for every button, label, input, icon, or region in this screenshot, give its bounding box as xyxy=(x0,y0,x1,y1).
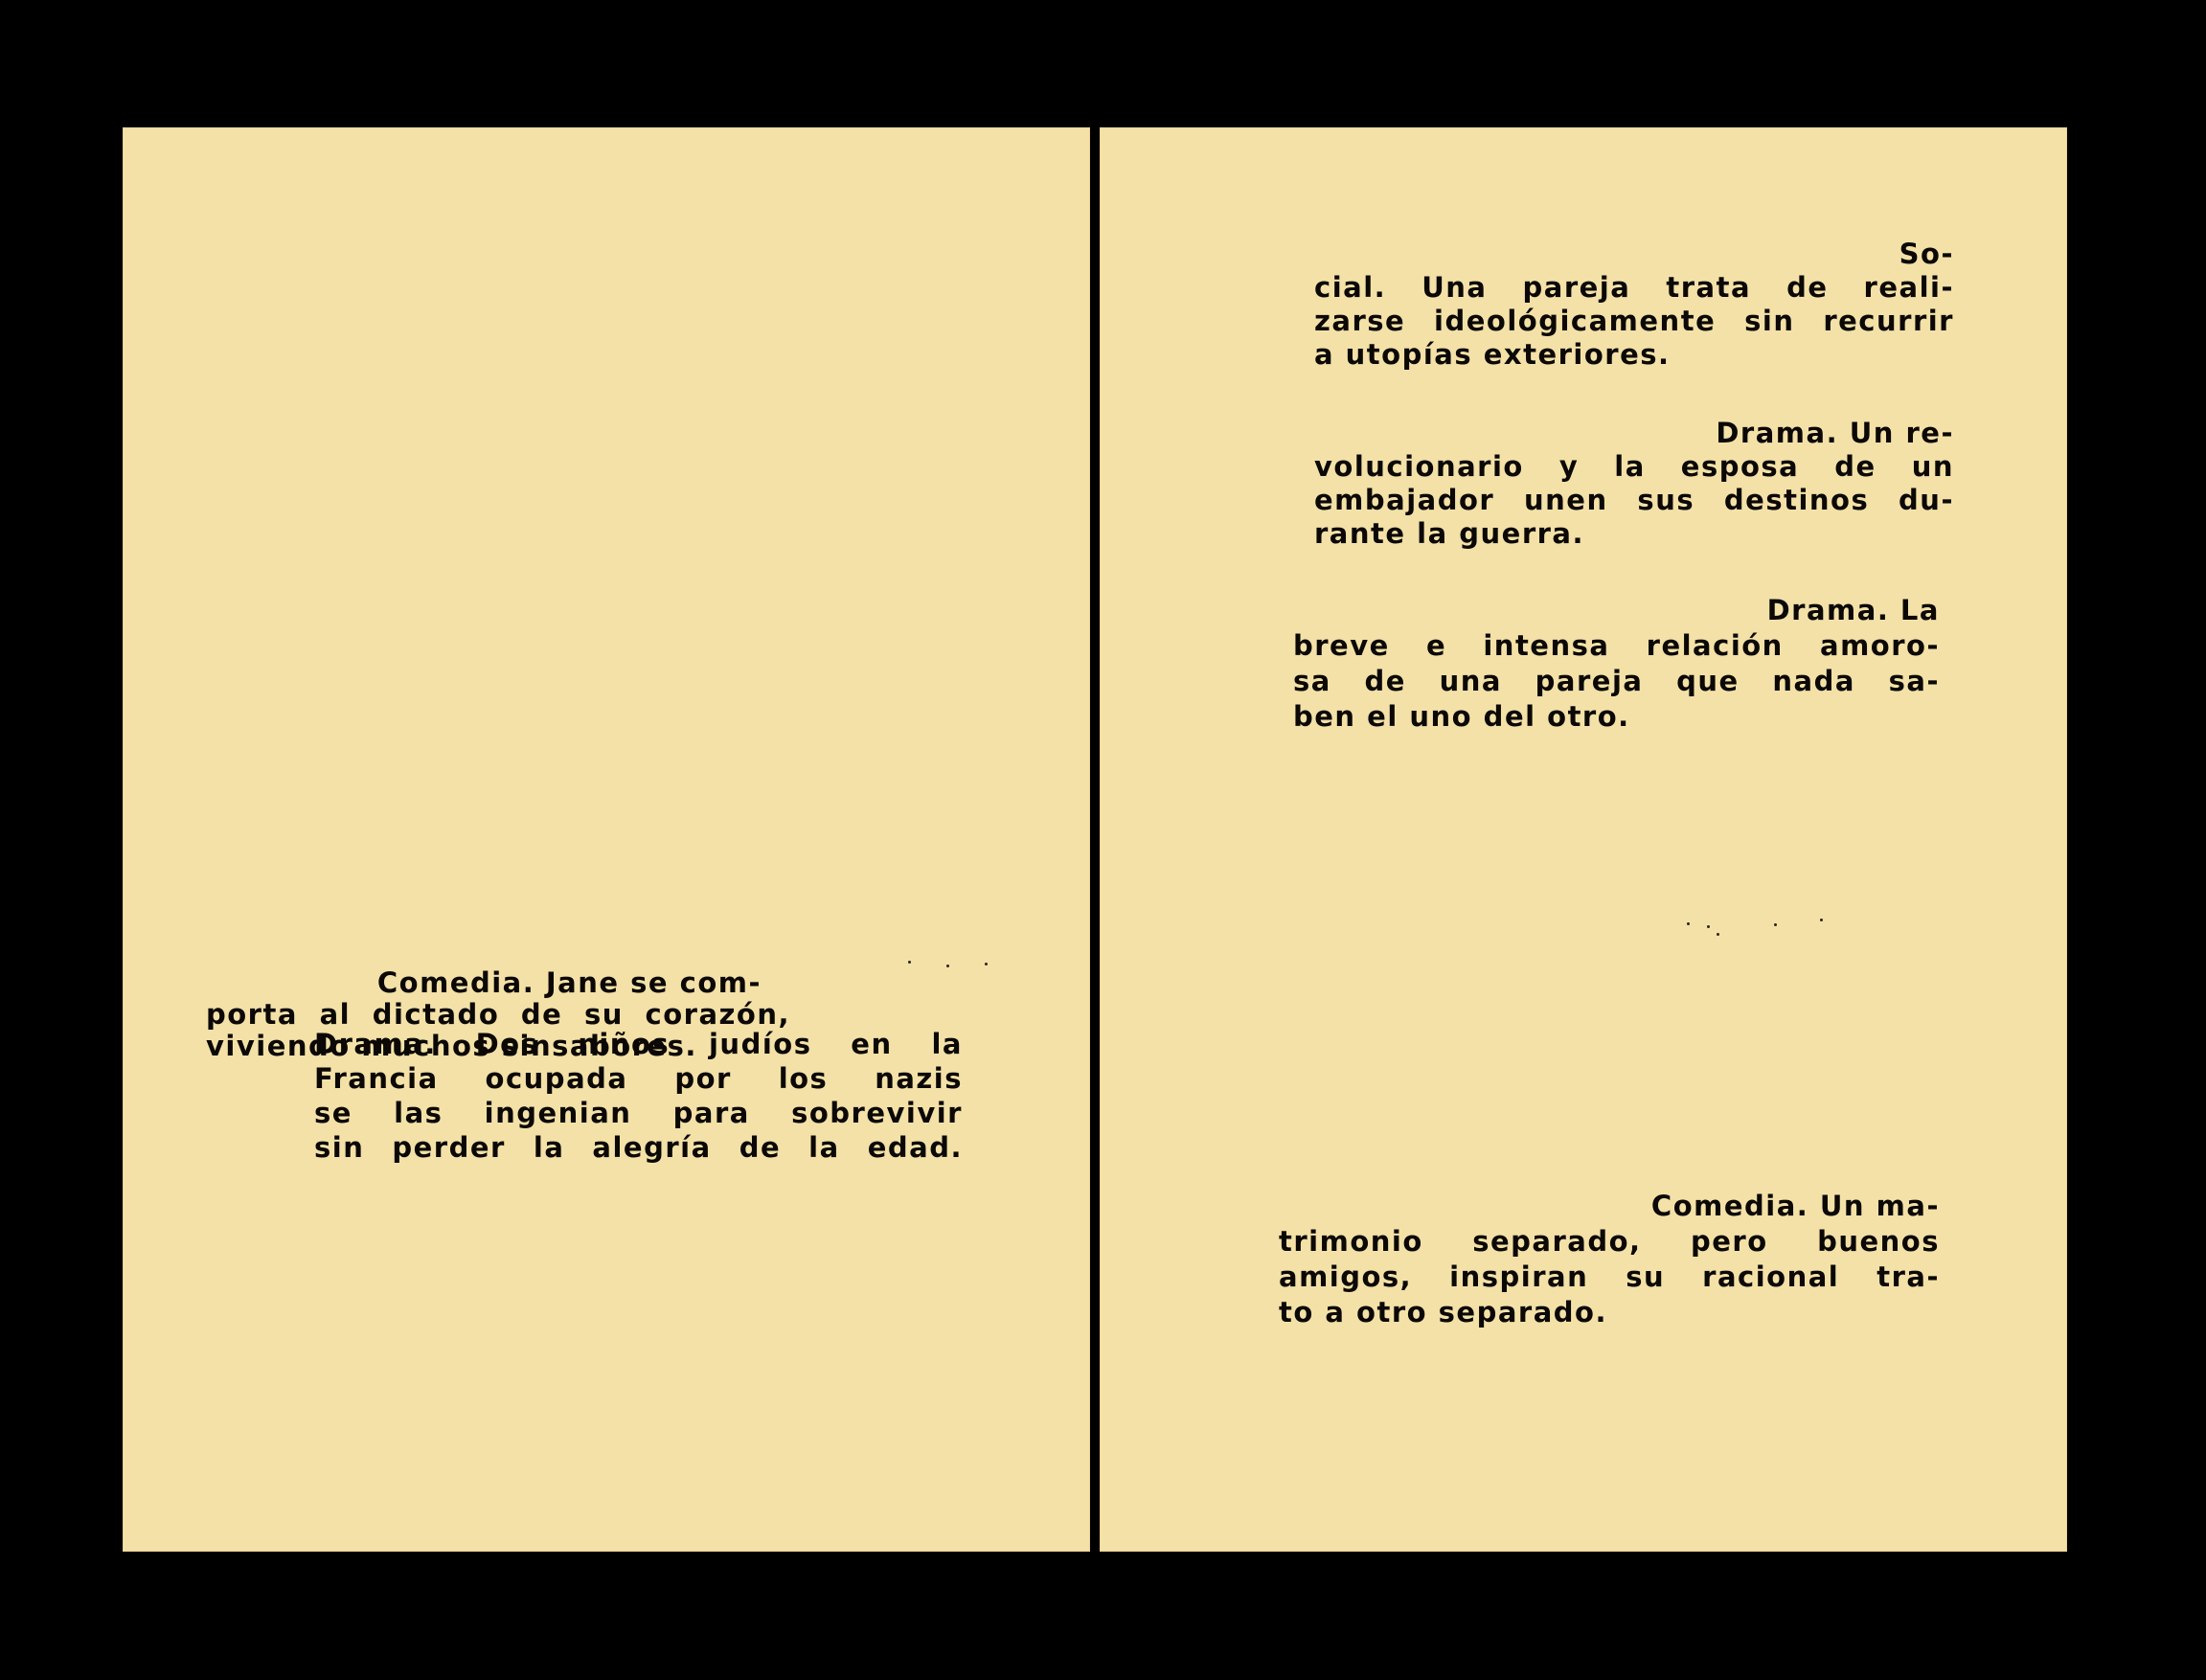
print-speck xyxy=(985,963,988,965)
blurb-drama-relacion: Drama. La breve e intensa relación amoro… xyxy=(1293,593,1940,735)
blurb-line: sin perder la alegría de la edad. xyxy=(314,1131,963,1165)
blurb-line: trimonio separado, pero buenos xyxy=(1279,1224,1940,1260)
blurb-line: Comedia. Un ma- xyxy=(1279,1189,1940,1224)
blurb-line: breve e intensa relación amoro- xyxy=(1293,628,1940,664)
print-speck xyxy=(908,961,911,964)
blurb-line: So- xyxy=(1314,238,1954,271)
print-speck xyxy=(1687,922,1690,925)
right-page: So- cial. Una pareja trata de reali- zar… xyxy=(1100,127,2067,1552)
blurb-line: to a otro separado. xyxy=(1279,1295,1940,1330)
blurb-line: rante la guerra. xyxy=(1314,517,1954,551)
print-speck xyxy=(1820,919,1823,921)
blurb-line: Drama. La xyxy=(1293,593,1940,628)
print-speck xyxy=(1707,925,1710,928)
blurb-social: So- cial. Una pareja trata de reali- zar… xyxy=(1314,238,1954,372)
left-page: Comedia. Jane se com- porta al dictado d… xyxy=(123,127,1090,1552)
print-speck xyxy=(1717,933,1719,936)
blurb-line: se las ingenian para sobrevivir xyxy=(314,1097,963,1130)
blurb-line: Francia ocupada por los nazis xyxy=(314,1062,963,1096)
blurb-line: sa de una pareja que nada sa- xyxy=(1293,664,1940,699)
blurb-line: Comedia. Jane se com- xyxy=(206,966,857,1000)
blurb-line: cial. Una pareja trata de reali- xyxy=(1314,271,1954,305)
blurb-line: embajador unen sus destinos du- xyxy=(1314,484,1954,517)
blurb-line: amigos, inspiran su racional tra- xyxy=(1279,1260,1940,1295)
print-speck xyxy=(1774,923,1777,926)
blurb-comedia-matrimonio: Comedia. Un ma- trimonio separado, pero … xyxy=(1279,1189,1940,1330)
blurb-line: Drama. Dos niños judíos en la xyxy=(314,1028,963,1061)
blurb-line: Drama. Un re- xyxy=(1314,417,1954,450)
blurb-drama-revolucionario: Drama. Un re- volucionario y la esposa d… xyxy=(1314,417,1954,551)
print-speck xyxy=(946,965,949,967)
blurb-line: porta al dictado de su corazón, xyxy=(206,998,857,1032)
blurb-line: zarse ideológicamente sin recurrir xyxy=(1314,305,1954,338)
blurb-line: ben el uno del otro. xyxy=(1293,699,1940,735)
blurb-line: a utopías exteriores. xyxy=(1314,338,1954,372)
blurb-line: volucionario y la esposa de un xyxy=(1314,450,1954,484)
blurb-drama-ninos: Drama. Dos niños judíos en la Francia oc… xyxy=(314,1028,963,1165)
